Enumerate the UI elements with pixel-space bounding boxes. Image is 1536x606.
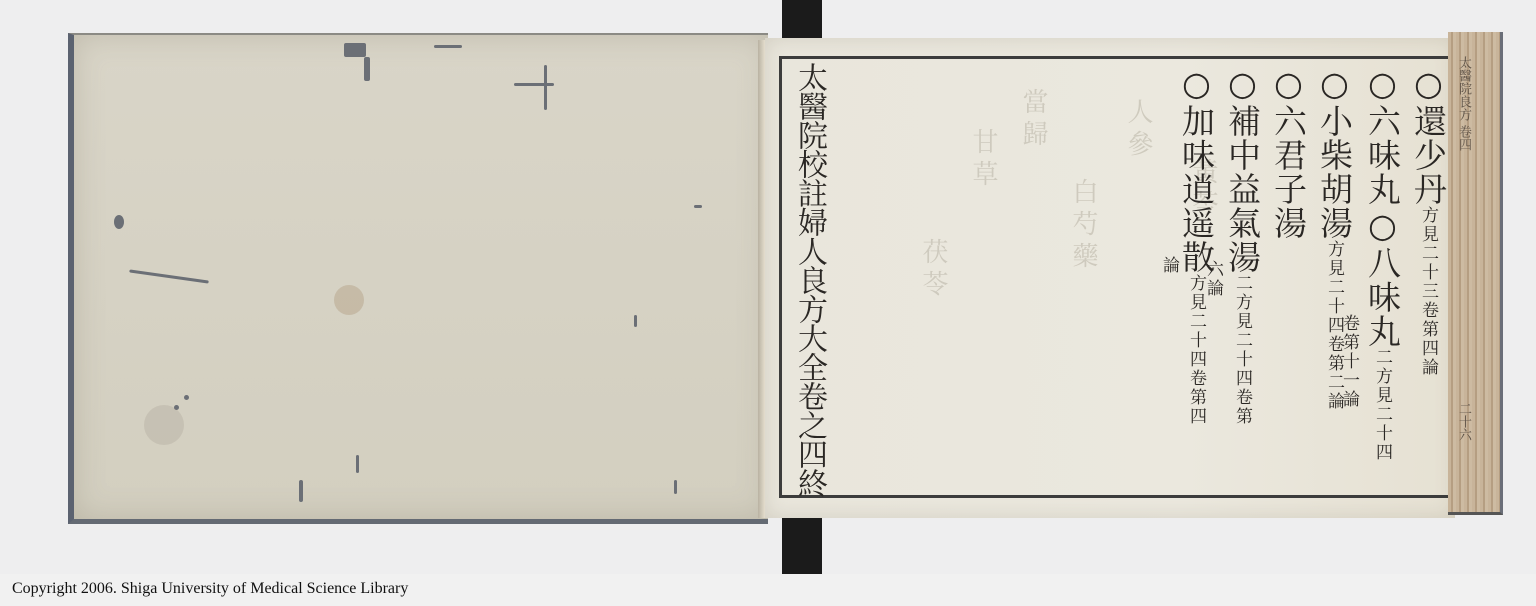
wormhole <box>514 83 554 86</box>
binding-strap-bottom <box>782 516 822 574</box>
wormhole <box>356 455 359 473</box>
entry-marker: ○ <box>1177 64 1216 104</box>
entry-1: ○還少丹方見二十三卷第四論 <box>1405 64 1452 377</box>
entry-2: ○六味丸○八味丸二方見二十四 <box>1359 64 1406 462</box>
entry-note: 方見二十四卷第二論 <box>1324 240 1344 411</box>
stain <box>334 285 364 315</box>
wormhole <box>634 315 637 327</box>
wormhole <box>694 205 702 208</box>
left-page-blank <box>68 33 768 524</box>
edge-label-top: 太醫院良方 卷四 <box>1454 56 1473 151</box>
showthrough-text: 甘草 <box>965 128 1002 192</box>
entry-name: 補中益氣湯 <box>1223 104 1262 274</box>
entry-4: ○六君子湯 <box>1265 64 1312 240</box>
wormhole <box>114 215 124 229</box>
entry-5: ○補中益氣湯二方見二十四卷第 <box>1219 64 1266 426</box>
entry-note: 二方見二十四卷第 <box>1232 274 1252 426</box>
entry-name: 六味丸○八味丸 <box>1363 104 1402 348</box>
colophon-title: 太醫院校註婦人良方大全卷之四終 <box>787 62 831 497</box>
copyright-notice: Copyright 2006. Shiga University of Medi… <box>12 580 408 598</box>
entry-note: 方見二十四卷第四 <box>1186 274 1206 426</box>
entry-6: ○加味逍遥散方見二十四卷第四 <box>1173 64 1220 426</box>
wormhole <box>184 395 189 400</box>
entry-note: 方見二十三卷第四論 <box>1418 206 1438 377</box>
binding-strap-top <box>782 0 822 40</box>
wormhole <box>129 269 209 283</box>
entry-name: 還少丹 <box>1409 104 1448 206</box>
book-fore-edge: 太醫院良方 卷四 二十六 <box>1448 32 1503 515</box>
wormhole <box>344 43 366 57</box>
wormhole <box>434 45 462 48</box>
entry-marker: ○ <box>1315 64 1354 104</box>
showthrough-text: 白芍藥 <box>1065 178 1102 274</box>
entry-6-note-cont: 論 <box>1157 256 1182 275</box>
wormhole <box>364 57 370 81</box>
entry-name: 六君子湯 <box>1269 104 1308 240</box>
entry-3: ○小柴胡湯方見二十四卷第二論 <box>1311 64 1358 411</box>
entry-marker: ○ <box>1223 64 1262 104</box>
showthrough-text: 人參 <box>1120 98 1157 162</box>
showthrough-text: 當歸 <box>1015 88 1052 152</box>
entry-marker: ○ <box>1363 64 1402 104</box>
wormhole <box>299 480 303 502</box>
edge-label-bottom: 二十六 <box>1454 402 1473 441</box>
wormhole <box>544 65 547 110</box>
seal-stamp-faint <box>144 405 184 445</box>
wormhole <box>674 480 677 494</box>
showthrough-text: 茯苓 <box>915 238 952 302</box>
entry-note: 二方見二十四 <box>1372 348 1392 462</box>
entry-name: 小柴胡湯 <box>1315 104 1354 240</box>
entry-marker: ○ <box>1409 64 1448 104</box>
right-page-text: 當歸 白芍藥 人參 茯苓 甘草 黃芩 太醫院校註婦人良方大全卷之四終 ○還少丹方… <box>765 38 1455 518</box>
entry-name: 加味逍遥散 <box>1177 104 1216 274</box>
entry-marker: ○ <box>1269 64 1308 104</box>
